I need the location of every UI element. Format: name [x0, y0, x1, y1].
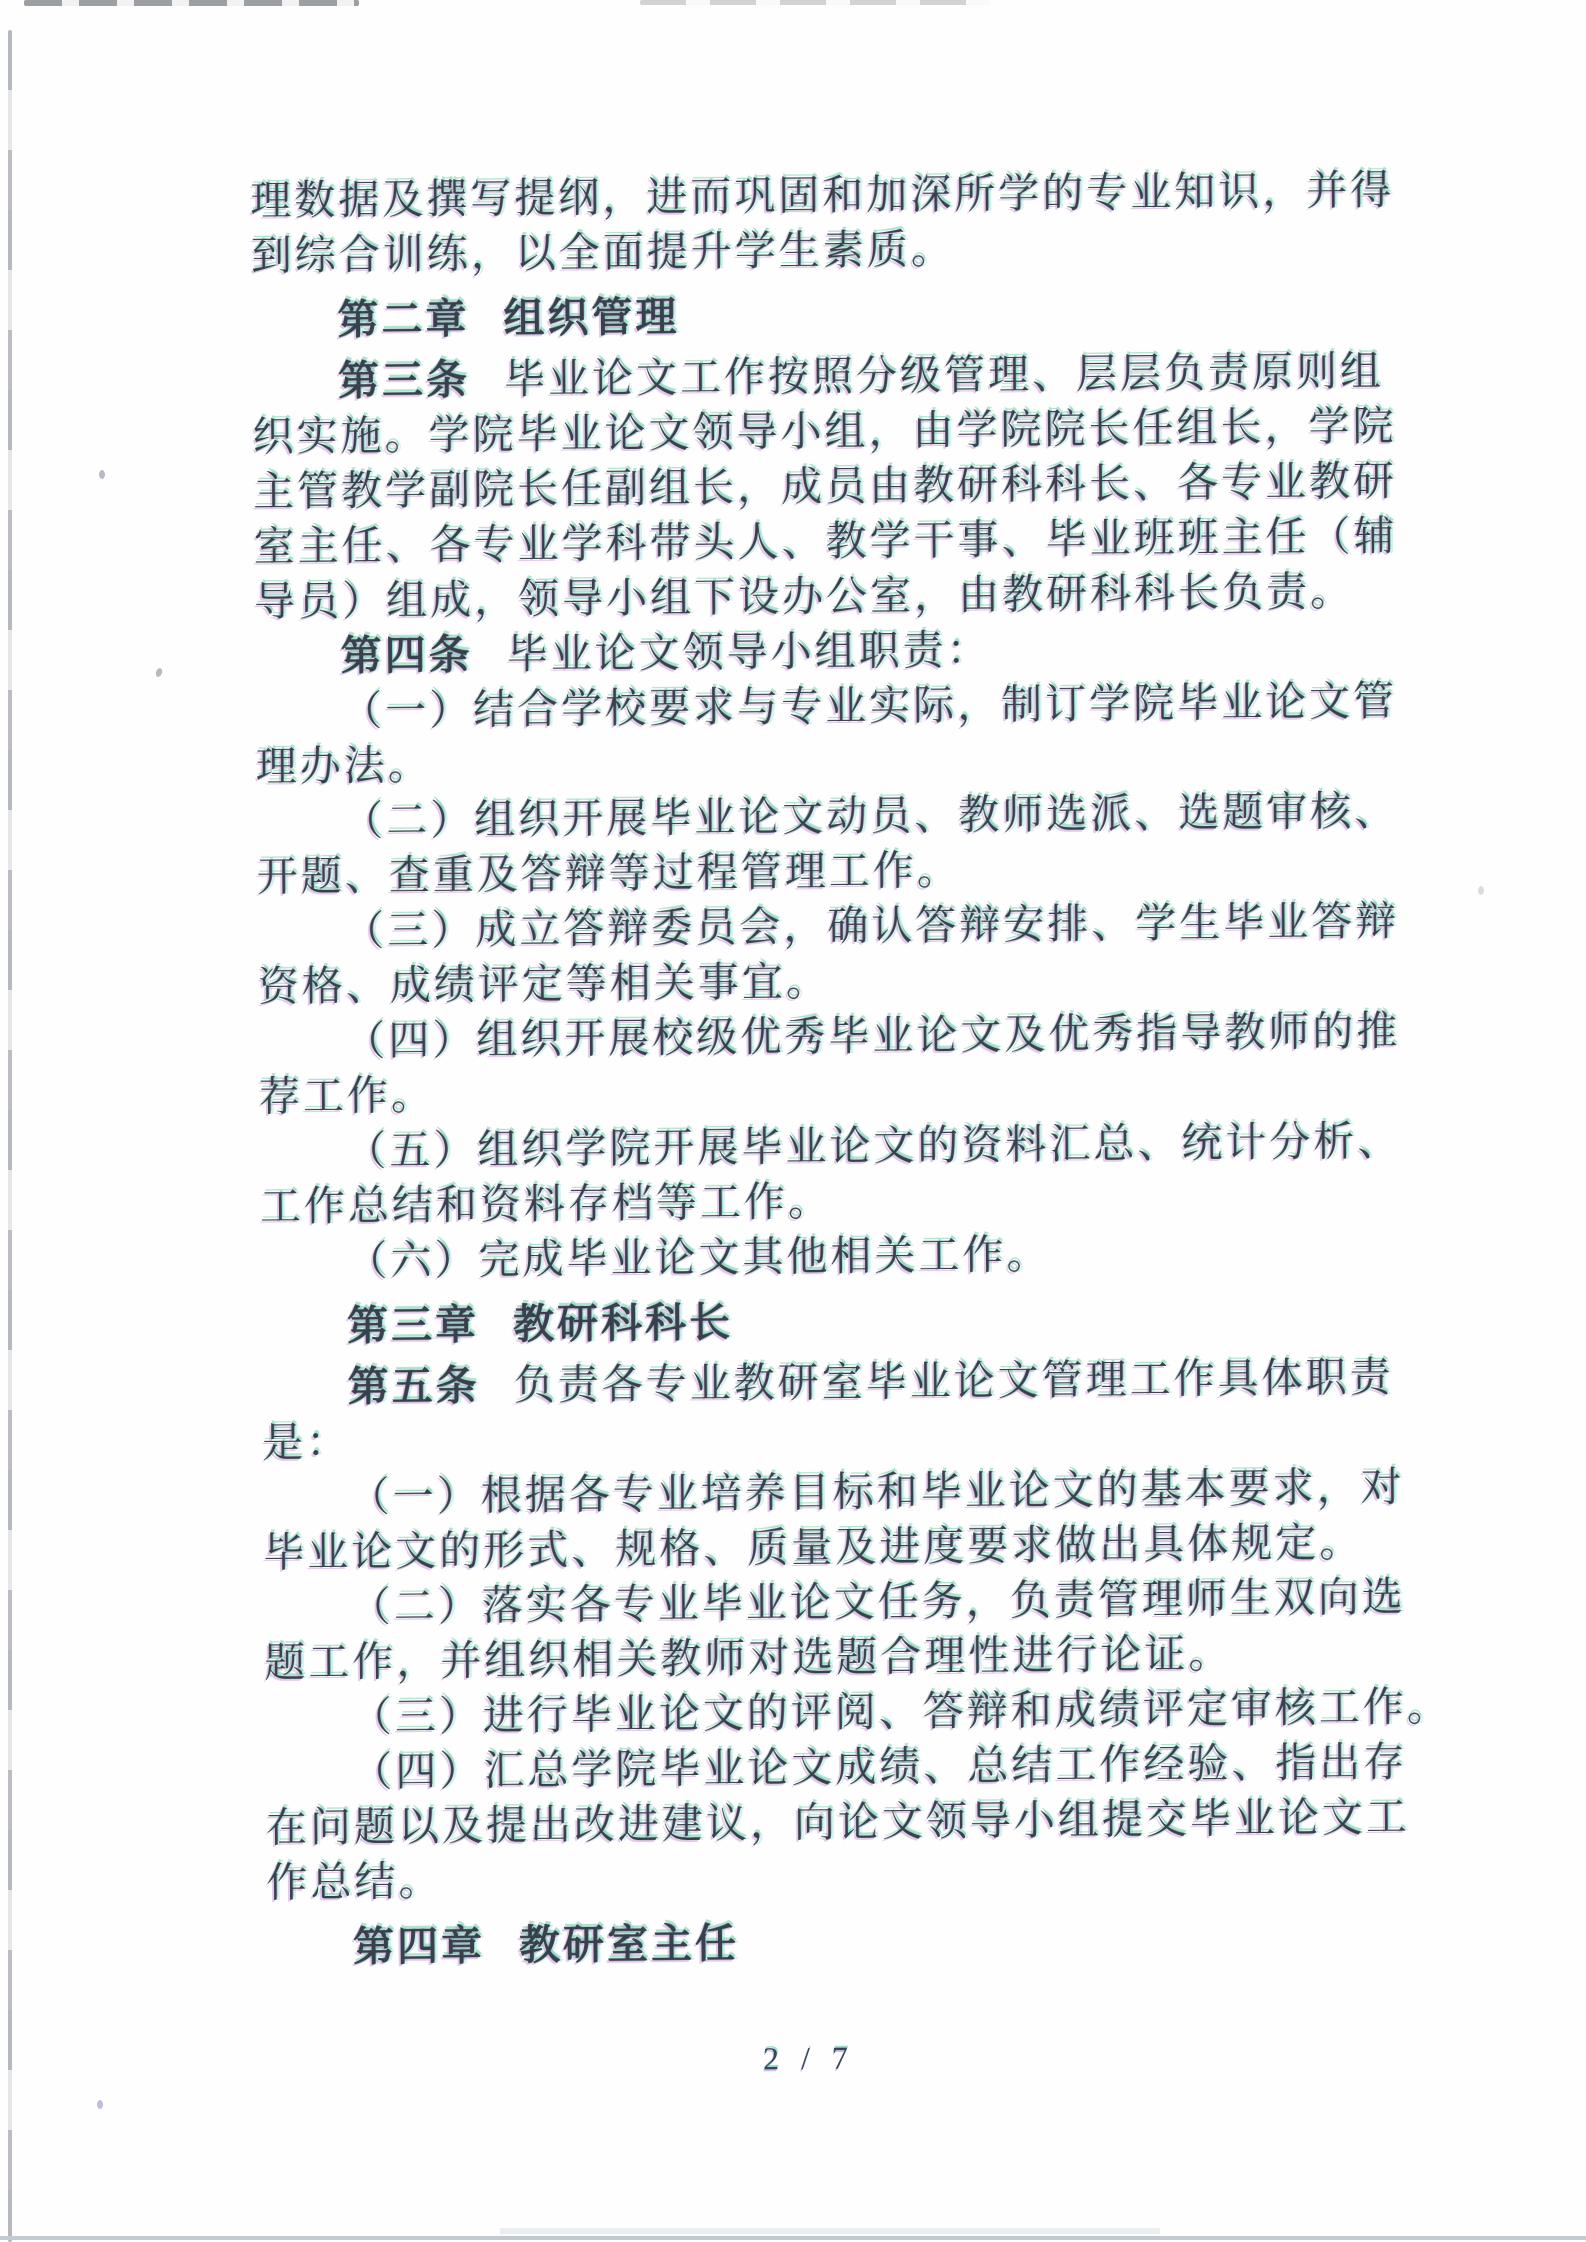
line-text: 理办法。 [255, 742, 431, 790]
line-text: 在问题以及提出改进建议，向论文领导小组提交毕业论文工 [266, 1794, 1410, 1851]
line-text: 组织管理 [503, 294, 679, 342]
line-text: （五）组织学院开展毕业论文的资料汇总、统计分析、 [345, 1118, 1401, 1174]
chapter-heading: 第二章组织管理 [251, 282, 1431, 348]
line-text: （四）汇总学院毕业论文成绩、总结工作经验、指出存 [351, 1739, 1407, 1795]
line-text: 到综合训练，以全面提升学生素质。 [251, 226, 955, 279]
text-line: （二）组织开展毕业论文动员、教师选派、选题审核、 [256, 783, 1436, 849]
text-line: 作总结。 [266, 1844, 1446, 1910]
chapter-heading: 第四章教研室主任 [267, 1909, 1447, 1975]
scan-speck [155, 667, 164, 678]
article-number: 第三条 [338, 357, 470, 404]
text-line: 到综合训练，以全面提升学生素质。 [251, 217, 1431, 283]
line-text: （四）组织开展校级优秀毕业论文及优秀指导教师的推 [344, 1008, 1400, 1064]
page-number: 2 / 7 [763, 2040, 855, 2078]
line-text: 开题、查重及答辩等过程管理工作。 [257, 847, 961, 900]
text-line: 第五条负责各专业教研室毕业论文管理工作具体职责 [261, 1349, 1441, 1415]
line-text: 室主任、各专业学科带头人、教学干事、毕业班班主任（辅 [253, 513, 1397, 570]
text-line: （四）组织开展校级优秀毕业论文及优秀指导教师的推 [258, 1003, 1438, 1069]
line-text: 作总结。 [266, 1858, 442, 1906]
line-text: 毕业论文领导小组职责： [506, 627, 990, 678]
line-text: 工作总结和资料存档等工作。 [260, 1178, 832, 1229]
line-text: （一）根据各专业培养目标和毕业论文的基本要求，对 [349, 1464, 1405, 1520]
scan-edge-bottom-soft [500, 2228, 1160, 2234]
article-number: 第五条 [347, 1363, 479, 1410]
scan-speck [97, 2100, 103, 2109]
line-text: 教研室主任 [519, 1920, 739, 1968]
text-line: （一）结合学校要求与专业实际，制订学院毕业论文管 [255, 673, 1435, 739]
chapter-number: 第二章 [337, 296, 469, 343]
line-text: （二）落实各专业毕业论文任务，负责管理师生双向选 [350, 1574, 1406, 1630]
text-line: 导员）组成，领导小组下设办公室，由教研科科长负责。 [254, 563, 1434, 629]
line-text: 荐工作。 [259, 1072, 435, 1120]
scanned-document-page: 理数据及撰写提纲，进而巩固和加深所学的专业知识，并得到综合训练，以全面提升学生素… [0, 0, 1586, 2242]
line-text: 理数据及撰写提纲，进而巩固和加深所学的专业知识，并得 [250, 167, 1394, 224]
text-line: 理数据及撰写提纲，进而巩固和加深所学的专业知识，并得 [250, 162, 1430, 228]
line-text: 教研科科长 [513, 1299, 733, 1347]
chapter-heading: 第三章教研科科长 [261, 1288, 1441, 1354]
line-text: （一）结合学校要求与专业实际，制订学院毕业论文管 [341, 678, 1397, 734]
scan-speck [1478, 886, 1484, 895]
text-line: 在问题以及提出改进建议，向论文领导小组提交毕业论文工 [266, 1789, 1446, 1855]
line-text: （三）进行毕业论文的评阅、答辩和成绩评定审核工作。 [351, 1683, 1451, 1740]
scan-edge-left [8, 30, 12, 2242]
line-text: 是： [262, 1419, 350, 1466]
text-line: （五）组织学院开展毕业论文的资料汇总、统计分析、 [259, 1113, 1439, 1179]
line-text: 主管教学副院长任副组长，成员由教研科科长、各专业教研 [253, 458, 1397, 515]
line-text: 毕业论文工作按照分级管理、层层负责原则组 [504, 348, 1384, 402]
scan-edge-bottom [0, 2236, 1586, 2240]
line-text: （二）组织开展毕业论文动员、教师选派、选题审核、 [342, 788, 1398, 844]
line-text: 毕业论文的形式、规格、质量及进度要求做出具体规定。 [263, 1519, 1363, 1576]
chapter-number: 第四章 [353, 1922, 485, 1969]
scan-remnant-top-left [24, 0, 359, 6]
line-text: 导员）组成，领导小组下设办公室，由教研科科长负责。 [254, 568, 1354, 625]
chapter-number: 第三章 [347, 1302, 479, 1349]
document-text-block: 理数据及撰写提纲，进而巩固和加深所学的专业知识，并得到综合训练，以全面提升学生素… [250, 162, 1447, 1981]
line-text: 负责各专业教研室毕业论文管理工作具体职责 [513, 1354, 1393, 1408]
line-text: （三）成立答辩委员会，确认答辩安排、学生毕业答辩 [343, 898, 1399, 954]
text-line: （三）成立答辩委员会，确认答辩安排、学生毕业答辩 [257, 893, 1437, 959]
article-number: 第四条 [340, 632, 472, 679]
line-text: 资格、成绩评定等相关事宜。 [258, 958, 830, 1009]
line-text: 题工作，并组织相关教师对选题合理性进行论证。 [264, 1630, 1232, 1685]
scan-remnant-top-mid [640, 0, 990, 5]
line-text: （六）完成毕业论文其他相关工作。 [346, 1231, 1050, 1284]
scan-speck [99, 470, 105, 479]
text-line: （六）完成毕业论文其他相关工作。 [260, 1223, 1440, 1289]
line-text: 织实施。学院毕业论文领导小组，由学院院长任组长，学院 [252, 403, 1396, 460]
text-line: （二）落实各专业毕业论文任务，负责管理师生双向选 [264, 1569, 1444, 1635]
